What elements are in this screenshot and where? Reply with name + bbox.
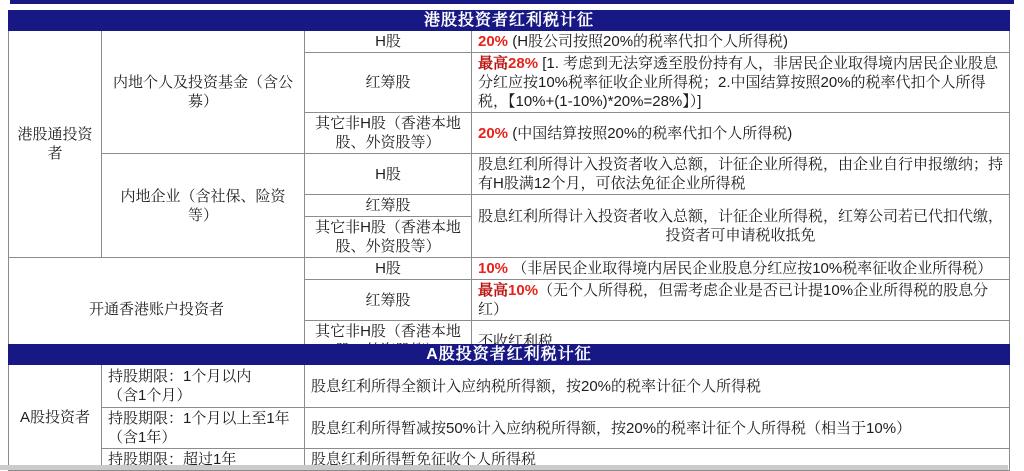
hk-investor-tax-table: 港股投资者红利税计征 港股通投资者 内地个人及投资基金（含公募） H股 20% … — [8, 10, 1010, 362]
cell-stock-type-red-chip: 红筹股 — [305, 53, 472, 113]
cell-stock-type-h-share: H股 — [305, 154, 472, 195]
cell-rate-hkaccount-redchip: 最高10%（无个人所得税，但需考虑企业是否已计提10%企业所得税的股息分红） — [472, 280, 1010, 321]
rate-percent: 28% — [508, 55, 538, 72]
rate-percent: 10% — [508, 282, 538, 299]
cell-stock-type-other-non-h: 其它非H股（香港本地股、外资股等） — [305, 113, 472, 154]
cell-stock-type-other-non-h: 其它非H股（香港本地股、外资股等） — [305, 217, 472, 258]
cell-stock-type-red-chip: 红筹股 — [305, 195, 472, 217]
table-row: 开通香港账户投资者 H股 10% （非居民企业取得境内居民企业股息分红应按10%… — [9, 258, 1010, 280]
cell-investor-a-share: A股投资者 — [9, 365, 102, 471]
a-share-investor-tax-table: A股投资者红利税计征 A股投资者 持股期限：1个月以内（含1个月） 股息红利所得… — [8, 344, 1010, 471]
cell-stock-type-h-share: H股 — [305, 258, 472, 280]
hk-table-header-row: 港股投资者红利税计征 — [9, 11, 1010, 31]
a-table-header-row: A股投资者红利税计征 — [9, 345, 1010, 365]
cell-investor-hk-connect: 港股通投资者 — [9, 31, 102, 258]
rate-note: （非居民企业取得境内居民企业股息分红应按10%税率征收企业所得税） — [508, 260, 992, 277]
bottom-divider-bar — [0, 465, 1008, 470]
hk-table-title: 港股投资者红利税计征 — [9, 11, 1010, 31]
cell-rate-individual-h: 20% (H股公司按照20%的税率代扣个人所得税) — [472, 31, 1010, 53]
table-row: 持股期限：1个月以上至1年（含1年） 股息红利所得暂减按50%计入应纳税所得额，… — [9, 408, 1010, 449]
cell-group-mainland-enterprise: 内地企业（含社保、险资等） — [102, 154, 305, 258]
cell-holding-period-1: 持股期限：1个月以内（含1个月） — [102, 365, 305, 408]
table-row: 港股通投资者 内地个人及投资基金（含公募） H股 20% (H股公司按照20%的… — [9, 31, 1010, 53]
table-row: A股投资者 持股期限：1个月以内（含1个月） 股息红利所得全额计入应纳税所得额，… — [9, 365, 1010, 408]
cell-rate-hkaccount-h: 10% （非居民企业取得境内居民企业股息分红应按10%税率征收企业所得税） — [472, 258, 1010, 280]
cell-tax-rule-1: 股息红利所得全额计入应纳税所得额，按20%的税率计征个人所得税 — [305, 365, 1010, 408]
cell-rate-individual-redchip: 最高28% [1. 考虑到无法穿透至股份持有人，非居民企业取得境内居民企业股息分… — [472, 53, 1010, 113]
cell-stock-type-h-share: H股 — [305, 31, 472, 53]
rate-max-label: 最高 — [478, 55, 508, 72]
table-row: 内地企业（含社保、险资等） H股 股息红利所得计入投资者收入总额，计征企业所得税… — [9, 154, 1010, 195]
cell-rate-enterprise-h: 股息红利所得计入投资者收入总额，计征企业所得税，由企业自行申报缴纳；持有H股满1… — [472, 154, 1010, 195]
rate-percent: 10% — [478, 260, 508, 277]
rate-max-label: 最高 — [478, 282, 508, 299]
page: 港股投资者红利税计征 港股通投资者 内地个人及投资基金（含公募） H股 20% … — [0, 0, 1024, 471]
top-divider-bar — [10, 0, 1014, 4]
cell-stock-type-red-chip: 红筹股 — [305, 280, 472, 321]
cell-rate-enterprise-redchip-other: 股息红利所得计入投资者收入总额，计征企业所得税，红筹公司若已代扣代缴，投资者可申… — [472, 195, 1010, 258]
rate-note: （无个人所得税，但需考虑企业是否已计提10%企业所得税的股息分红） — [478, 282, 988, 318]
rate-note: (H股公司按照20%的税率代扣个人所得税) — [508, 33, 788, 50]
rate-percent: 20% — [478, 33, 508, 50]
rate-percent: 20% — [478, 125, 508, 142]
rate-note: (中国结算按照20%的税率代扣个人所得税) — [508, 125, 792, 142]
cell-rate-individual-other: 20% (中国结算按照20%的税率代扣个人所得税) — [472, 113, 1010, 154]
cell-tax-rule-2: 股息红利所得暂减按50%计入应纳税所得额，按20%的税率计征个人所得税（相当于1… — [305, 408, 1010, 449]
a-table-title: A股投资者红利税计征 — [9, 345, 1010, 365]
cell-group-individual-funds: 内地个人及投资基金（含公募） — [102, 31, 305, 154]
cell-holding-period-2: 持股期限：1个月以上至1年（含1年） — [102, 408, 305, 449]
rate-note: [1. 考虑到无法穿透至股份持有人，非居民企业取得境内居民企业股息分红应按10%… — [478, 55, 998, 110]
